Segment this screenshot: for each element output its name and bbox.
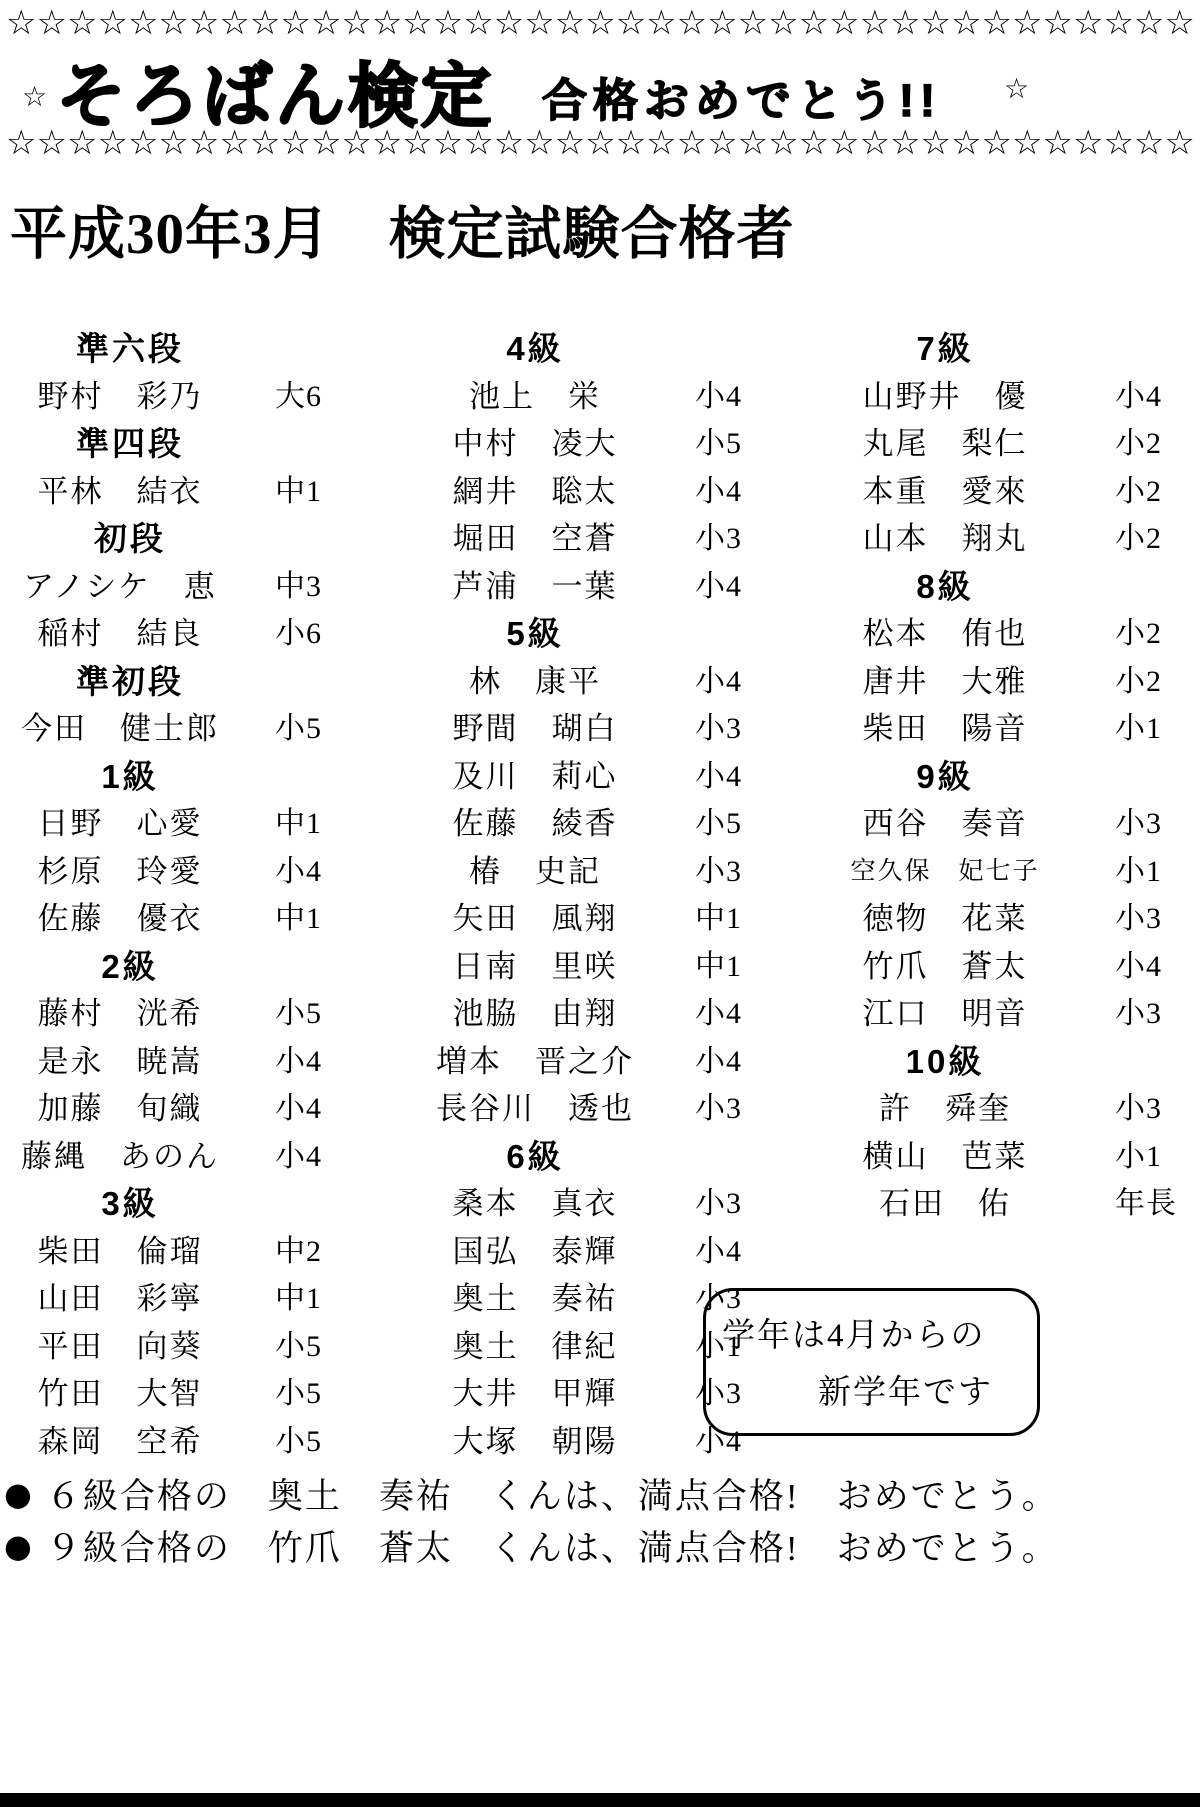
star-icon: ☆: [219, 122, 249, 164]
star-icon: ☆: [890, 122, 920, 164]
star-icon: ☆: [1134, 122, 1164, 164]
passer-name: 藤村 洸希: [0, 990, 240, 1038]
passer-name: 本重 愛來: [785, 468, 1105, 516]
passer-grade: 小4: [695, 563, 742, 611]
section-header-label: 準六段: [0, 325, 260, 373]
passer-grade: 小1: [1115, 1133, 1162, 1181]
passer-row: 唐井 大雅小2: [780, 658, 1200, 706]
passer-grade: 中1: [695, 943, 742, 991]
passer-name: 長谷川 透也: [380, 1085, 690, 1133]
star-icon: ☆: [555, 122, 585, 164]
star-icon: ☆: [524, 122, 554, 164]
passer-grade: 小4: [695, 468, 742, 516]
star-icon: ☆: [1012, 122, 1042, 164]
section-header-label: 7級: [785, 325, 1105, 373]
star-icon: ☆: [677, 2, 707, 44]
passer-row: 椿 史記小3: [370, 848, 780, 896]
section-header-row: 準初段: [0, 658, 330, 706]
passer-grade: 小4: [1115, 373, 1162, 421]
star-icon: ☆: [1164, 122, 1194, 164]
passer-row: 国弘 泰輝小4: [370, 1228, 780, 1276]
passer-name: 平田 向葵: [0, 1323, 240, 1371]
passer-name: 佐藤 綾香: [380, 800, 690, 848]
passer-row: 増本 晋之介小4: [370, 1038, 780, 1086]
footer-note: ●９級合格の 竹爪 蒼太 くんは、満点合格! おめでとう。: [4, 1520, 1200, 1572]
passer-grade: 中1: [275, 895, 322, 943]
passer-grade: 小3: [695, 515, 742, 563]
passer-row: 森岡 空希小5: [0, 1418, 330, 1466]
certificate-notice-page: ☆☆☆☆☆☆☆☆☆☆☆☆☆☆☆☆☆☆☆☆☆☆☆☆☆☆☆☆☆☆☆☆☆☆☆☆☆☆☆ …: [0, 0, 1200, 1807]
passer-row: 池脇 由翔小4: [370, 990, 780, 1038]
passer-name: 奥土 奏祐: [380, 1275, 690, 1323]
star-icon: ☆: [402, 2, 432, 44]
star-icon: ☆: [951, 122, 981, 164]
passer-row: 石田 佑年長: [780, 1180, 1200, 1228]
passer-row: 松本 侑也小2: [780, 610, 1200, 658]
passer-name: 森岡 空希: [0, 1418, 240, 1466]
passer-row: 丸尾 梨仁小2: [780, 420, 1200, 468]
passer-name: 唐井 大雅: [785, 658, 1105, 706]
passer-grade: 中2: [275, 1228, 322, 1276]
passer-name: 許 舜奎: [785, 1085, 1105, 1133]
passer-row: 日野 心愛中1: [0, 800, 330, 848]
passer-row: 本重 愛來小2: [780, 468, 1200, 516]
section-header-row: 6級: [370, 1133, 780, 1181]
passer-grade: 小3: [695, 705, 742, 753]
passer-row: 矢田 風翔中1: [370, 895, 780, 943]
section-header-row: 9級: [780, 753, 1200, 801]
passer-row: 杉原 玲愛小4: [0, 848, 330, 896]
section-header-row: 4級: [370, 325, 780, 373]
passer-grade: 小5: [695, 800, 742, 848]
passer-row: 竹爪 蒼太小4: [780, 943, 1200, 991]
passer-name: 増本 晋之介: [380, 1038, 690, 1086]
section-header-label: 6級: [380, 1133, 690, 1181]
passer-grade: 小2: [1115, 420, 1162, 468]
passer-row: 芦浦 一葉小4: [370, 563, 780, 611]
passer-row: 藤村 洸希小5: [0, 990, 330, 1038]
star-icon: ☆: [555, 2, 585, 44]
passer-name: 国弘 泰輝: [380, 1228, 690, 1276]
passer-name: 野村 彩乃: [0, 373, 240, 421]
passer-row: 柴田 倫瑠中2: [0, 1228, 330, 1276]
passer-row: 横山 芭菜小1: [780, 1133, 1200, 1181]
star-icon: ☆: [6, 122, 36, 164]
passer-name: 今田 健士郎: [0, 705, 240, 753]
passer-name: 空久保 妃七子: [785, 848, 1105, 896]
passer-name: 平林 結衣: [0, 468, 240, 516]
passer-name: 稲村 結良: [0, 610, 240, 658]
passer-row: 長谷川 透也小3: [370, 1085, 780, 1133]
passer-name: 竹爪 蒼太: [785, 943, 1105, 991]
passer-row: 桑本 真衣小3: [370, 1180, 780, 1228]
star-icon: ☆: [921, 2, 951, 44]
passer-grade: 小2: [1115, 610, 1162, 658]
decor-star-right-icon: ☆: [1004, 72, 1029, 105]
passer-grade: 小4: [275, 1085, 322, 1133]
passer-grade: 小5: [275, 1370, 322, 1418]
star-icon: ☆: [189, 122, 219, 164]
star-icon: ☆: [890, 2, 920, 44]
footer-note: ●６級合格の 奥土 奏祐 くんは、満点合格! おめでとう。: [4, 1468, 1200, 1520]
passer-name: 藤縄 あのん: [0, 1133, 240, 1181]
passer-grade: 小4: [275, 848, 322, 896]
star-icon: ☆: [372, 2, 402, 44]
passer-name: 竹田 大智: [0, 1370, 240, 1418]
passer-grade: 中1: [275, 800, 322, 848]
passer-name: 柴田 陽音: [785, 705, 1105, 753]
passer-name: 大井 甲輝: [380, 1370, 690, 1418]
section-header-label: 10級: [785, 1038, 1105, 1086]
bullet-icon: ●: [4, 1527, 34, 1565]
passer-name: アノシケ 恵: [0, 563, 240, 611]
star-border-bottom: ☆☆☆☆☆☆☆☆☆☆☆☆☆☆☆☆☆☆☆☆☆☆☆☆☆☆☆☆☆☆☆☆☆☆☆☆☆☆☆: [6, 122, 1048, 164]
star-icon: ☆: [219, 2, 249, 44]
star-icon: ☆: [799, 2, 829, 44]
star-icon: ☆: [1073, 122, 1103, 164]
passer-name: 横山 芭菜: [785, 1133, 1105, 1181]
passer-row: 堀田 空蒼小3: [370, 515, 780, 563]
star-icon: ☆: [860, 2, 890, 44]
star-icon: ☆: [97, 122, 127, 164]
passer-grade: 小6: [275, 610, 322, 658]
passer-grade: 小2: [1115, 468, 1162, 516]
passer-name: 日南 里咲: [380, 943, 690, 991]
star-icon: ☆: [585, 122, 615, 164]
star-icon: ☆: [1073, 2, 1103, 44]
passer-name: 池上 栄: [380, 373, 690, 421]
column-dan-and-1to3kyu: 準六段野村 彩乃大6準四段平林 結衣中1初段アノシケ 恵中3稲村 結良小6準初段…: [0, 325, 330, 1465]
passer-row: 江口 明音小3: [780, 990, 1200, 1038]
passer-name: 江口 明音: [785, 990, 1105, 1038]
passer-row: 徳物 花菜小3: [780, 895, 1200, 943]
passer-name: 西谷 奏音: [785, 800, 1105, 848]
passer-grade: 小4: [275, 1133, 322, 1181]
passer-name: 石田 佑: [785, 1180, 1105, 1228]
star-icon: ☆: [768, 122, 798, 164]
note-line-1: 学年は4月からの: [722, 1309, 1037, 1356]
passer-grade: 中1: [275, 1275, 322, 1323]
footer-note-text: ６級合格の 奥土 奏祐 くんは、満点合格! おめでとう。: [46, 1469, 1059, 1519]
star-icon: ☆: [494, 122, 524, 164]
passer-grade: 大6: [275, 373, 322, 421]
star-icon: ☆: [524, 2, 554, 44]
star-icon: ☆: [1103, 122, 1133, 164]
star-icon: ☆: [646, 122, 676, 164]
passer-name: 柴田 倫瑠: [0, 1228, 240, 1276]
star-border-top: ☆☆☆☆☆☆☆☆☆☆☆☆☆☆☆☆☆☆☆☆☆☆☆☆☆☆☆☆☆☆☆☆☆☆☆☆☆☆☆: [6, 2, 1048, 44]
star-icon: ☆: [97, 2, 127, 44]
passer-grade: 小4: [695, 1038, 742, 1086]
star-icon: ☆: [311, 122, 341, 164]
passer-grade: 小4: [275, 1038, 322, 1086]
star-icon: ☆: [829, 122, 859, 164]
star-icon: ☆: [1103, 2, 1133, 44]
star-icon: ☆: [707, 122, 737, 164]
passer-row: 是永 暁嵩小4: [0, 1038, 330, 1086]
passer-name: 山田 彩寧: [0, 1275, 240, 1323]
passer-name: 芦浦 一葉: [380, 563, 690, 611]
passer-grade: 小4: [695, 373, 742, 421]
footer-notes: ●６級合格の 奥土 奏祐 くんは、満点合格! おめでとう。●９級合格の 竹爪 蒼…: [4, 1468, 1200, 1572]
section-header-row: 1級: [0, 753, 330, 801]
star-icon: ☆: [829, 2, 859, 44]
passer-name: 野間 瑚白: [380, 705, 690, 753]
star-icon: ☆: [707, 2, 737, 44]
passer-name: 佐藤 優衣: [0, 895, 240, 943]
section-header-row: 8級: [780, 563, 1200, 611]
star-icon: ☆: [616, 2, 646, 44]
star-icon: ☆: [433, 2, 463, 44]
passer-grade: 小4: [695, 753, 742, 801]
section-header-label: 2級: [0, 943, 260, 991]
column-7to10kyu: 7級山野井 優小4丸尾 梨仁小2本重 愛來小2山本 翔丸小28級松本 侑也小2唐…: [780, 325, 1200, 1228]
page-title: 平成30年3月 検定試験合格者: [10, 188, 795, 270]
school-year-note-box: 学年は4月からの 新学年です: [703, 1288, 1040, 1436]
passer-grade: 小3: [1115, 1085, 1162, 1133]
passer-grade: 中1: [695, 895, 742, 943]
star-icon: ☆: [67, 122, 97, 164]
star-icon: ☆: [982, 122, 1012, 164]
section-header-label: 準四段: [0, 420, 260, 468]
passer-row: 池上 栄小4: [370, 373, 780, 421]
passer-name: 丸尾 梨仁: [785, 420, 1105, 468]
section-header-label: 3級: [0, 1180, 260, 1228]
passer-row: 稲村 結良小6: [0, 610, 330, 658]
star-icon: ☆: [67, 2, 97, 44]
passer-grade: 小3: [695, 1180, 742, 1228]
note-line-2: 新学年です: [818, 1366, 1037, 1413]
star-icon: ☆: [494, 2, 524, 44]
passer-grade: 小5: [275, 990, 322, 1038]
passer-row: 西谷 奏音小3: [780, 800, 1200, 848]
section-header-label: 準初段: [0, 658, 260, 706]
passer-row: 山田 彩寧中1: [0, 1275, 330, 1323]
star-icon: ☆: [585, 2, 615, 44]
passer-row: 中村 凌大小5: [370, 420, 780, 468]
star-icon: ☆: [463, 2, 493, 44]
section-header-label: 5級: [380, 610, 690, 658]
star-icon: ☆: [738, 122, 768, 164]
passer-name: 山本 翔丸: [785, 515, 1105, 563]
section-header-row: 10級: [780, 1038, 1200, 1086]
decor-star-left-icon: ☆: [22, 80, 47, 113]
passer-name: 日野 心愛: [0, 800, 240, 848]
passer-grade: 小1: [1115, 705, 1162, 753]
passer-row: 山本 翔丸小2: [780, 515, 1200, 563]
passer-name: 及川 莉心: [380, 753, 690, 801]
star-icon: ☆: [1134, 2, 1164, 44]
passer-name: 山野井 優: [785, 373, 1105, 421]
passer-grade: 小4: [695, 1228, 742, 1276]
passer-grade: 小1: [1115, 848, 1162, 896]
star-icon: ☆: [372, 122, 402, 164]
star-icon: ☆: [280, 122, 310, 164]
passer-grade: 小3: [1115, 990, 1162, 1038]
passer-grade: 小5: [275, 1323, 322, 1371]
passer-grade: 小2: [1115, 658, 1162, 706]
passer-row: 山野井 優小4: [780, 373, 1200, 421]
passer-grade: 小3: [695, 1085, 742, 1133]
congrats-subtitle: 合格おめでとう!!: [542, 64, 941, 129]
star-icon: ☆: [1042, 122, 1072, 164]
star-icon: ☆: [646, 2, 676, 44]
star-icon: ☆: [250, 2, 280, 44]
passer-grade: 中3: [275, 563, 322, 611]
section-header-row: 準六段: [0, 325, 330, 373]
star-icon: ☆: [158, 2, 188, 44]
star-icon: ☆: [951, 2, 981, 44]
star-icon: ☆: [250, 122, 280, 164]
passer-row: 許 舜奎小3: [780, 1085, 1200, 1133]
section-header-label: 9級: [785, 753, 1105, 801]
star-icon: ☆: [1042, 2, 1072, 44]
passer-row: 平林 結衣中1: [0, 468, 330, 516]
star-icon: ☆: [982, 2, 1012, 44]
star-icon: ☆: [768, 2, 798, 44]
passer-grade: 小3: [1115, 800, 1162, 848]
passer-grade: 小5: [695, 420, 742, 468]
star-icon: ☆: [158, 122, 188, 164]
star-icon: ☆: [311, 2, 341, 44]
passer-row: 加藤 旬織小4: [0, 1085, 330, 1133]
star-icon: ☆: [860, 122, 890, 164]
bullet-icon: ●: [4, 1475, 34, 1513]
passer-name: 徳物 花菜: [785, 895, 1105, 943]
section-header-label: 1級: [0, 753, 260, 801]
star-icon: ☆: [280, 2, 310, 44]
passer-row: 藤縄 あのん小4: [0, 1133, 330, 1181]
passer-grade: 中1: [275, 468, 322, 516]
passer-grade: 小3: [695, 848, 742, 896]
star-icon: ☆: [433, 122, 463, 164]
passer-name: 椿 史記: [380, 848, 690, 896]
passer-name: 桑本 真衣: [380, 1180, 690, 1228]
passer-grade: 小2: [1115, 515, 1162, 563]
passer-row: 日南 里咲中1: [370, 943, 780, 991]
star-icon: ☆: [6, 2, 36, 44]
section-header-row: 7級: [780, 325, 1200, 373]
passer-grade: 小4: [695, 990, 742, 1038]
section-header-row: 3級: [0, 1180, 330, 1228]
passer-row: 野村 彩乃大6: [0, 373, 330, 421]
passer-name: 矢田 風翔: [380, 895, 690, 943]
passer-row: 網井 聡太小4: [370, 468, 780, 516]
star-icon: ☆: [341, 2, 371, 44]
section-header-label: 4級: [380, 325, 690, 373]
section-header-label: 初段: [0, 515, 260, 563]
passer-name: 網井 聡太: [380, 468, 690, 516]
passer-name: 堀田 空蒼: [380, 515, 690, 563]
passer-name: 大塚 朝陽: [380, 1418, 690, 1466]
section-header-row: 準四段: [0, 420, 330, 468]
passer-name: 加藤 旬織: [0, 1085, 240, 1133]
star-icon: ☆: [616, 122, 646, 164]
section-header-label: 8級: [785, 563, 1105, 611]
star-icon: ☆: [341, 122, 371, 164]
star-icon: ☆: [36, 122, 66, 164]
passer-grade: 年長: [1115, 1180, 1177, 1228]
passer-row: 空久保 妃七子小1: [780, 848, 1200, 896]
star-icon: ☆: [1164, 2, 1194, 44]
star-icon: ☆: [1012, 2, 1042, 44]
passer-name: 池脇 由翔: [380, 990, 690, 1038]
section-header-row: 2級: [0, 943, 330, 991]
passer-grade: 小3: [1115, 895, 1162, 943]
star-icon: ☆: [677, 122, 707, 164]
passer-row: 平田 向葵小5: [0, 1323, 330, 1371]
passer-row: 林 康平小4: [370, 658, 780, 706]
passer-name: 松本 侑也: [785, 610, 1105, 658]
passer-row: 柴田 陽音小1: [780, 705, 1200, 753]
passer-row: 野間 瑚白小3: [370, 705, 780, 753]
section-header-row: 初段: [0, 515, 330, 563]
bottom-border: [0, 1793, 1200, 1807]
passer-name: 中村 凌大: [380, 420, 690, 468]
passer-grade: 小4: [1115, 943, 1162, 991]
star-icon: ☆: [799, 122, 829, 164]
passer-row: 佐藤 綾香小5: [370, 800, 780, 848]
passer-name: 是永 暁嵩: [0, 1038, 240, 1086]
star-icon: ☆: [36, 2, 66, 44]
star-icon: ☆: [738, 2, 768, 44]
star-icon: ☆: [463, 122, 493, 164]
passer-grade: 小5: [275, 1418, 322, 1466]
star-icon: ☆: [402, 122, 432, 164]
footer-note-text: ９級合格の 竹爪 蒼太 くんは、満点合格! おめでとう。: [46, 1521, 1059, 1571]
passer-row: アノシケ 恵中3: [0, 563, 330, 611]
star-icon: ☆: [189, 2, 219, 44]
star-icon: ☆: [921, 122, 951, 164]
passer-name: 林 康平: [380, 658, 690, 706]
passer-row: 佐藤 優衣中1: [0, 895, 330, 943]
passer-row: 及川 莉心小4: [370, 753, 780, 801]
passer-name: 奥土 律紀: [380, 1323, 690, 1371]
passer-row: 竹田 大智小5: [0, 1370, 330, 1418]
star-icon: ☆: [128, 122, 158, 164]
passer-grade: 小4: [695, 658, 742, 706]
passer-name: 杉原 玲愛: [0, 848, 240, 896]
section-header-row: 5級: [370, 610, 780, 658]
passer-grade: 小5: [275, 705, 322, 753]
star-icon: ☆: [128, 2, 158, 44]
passer-row: 今田 健士郎小5: [0, 705, 330, 753]
